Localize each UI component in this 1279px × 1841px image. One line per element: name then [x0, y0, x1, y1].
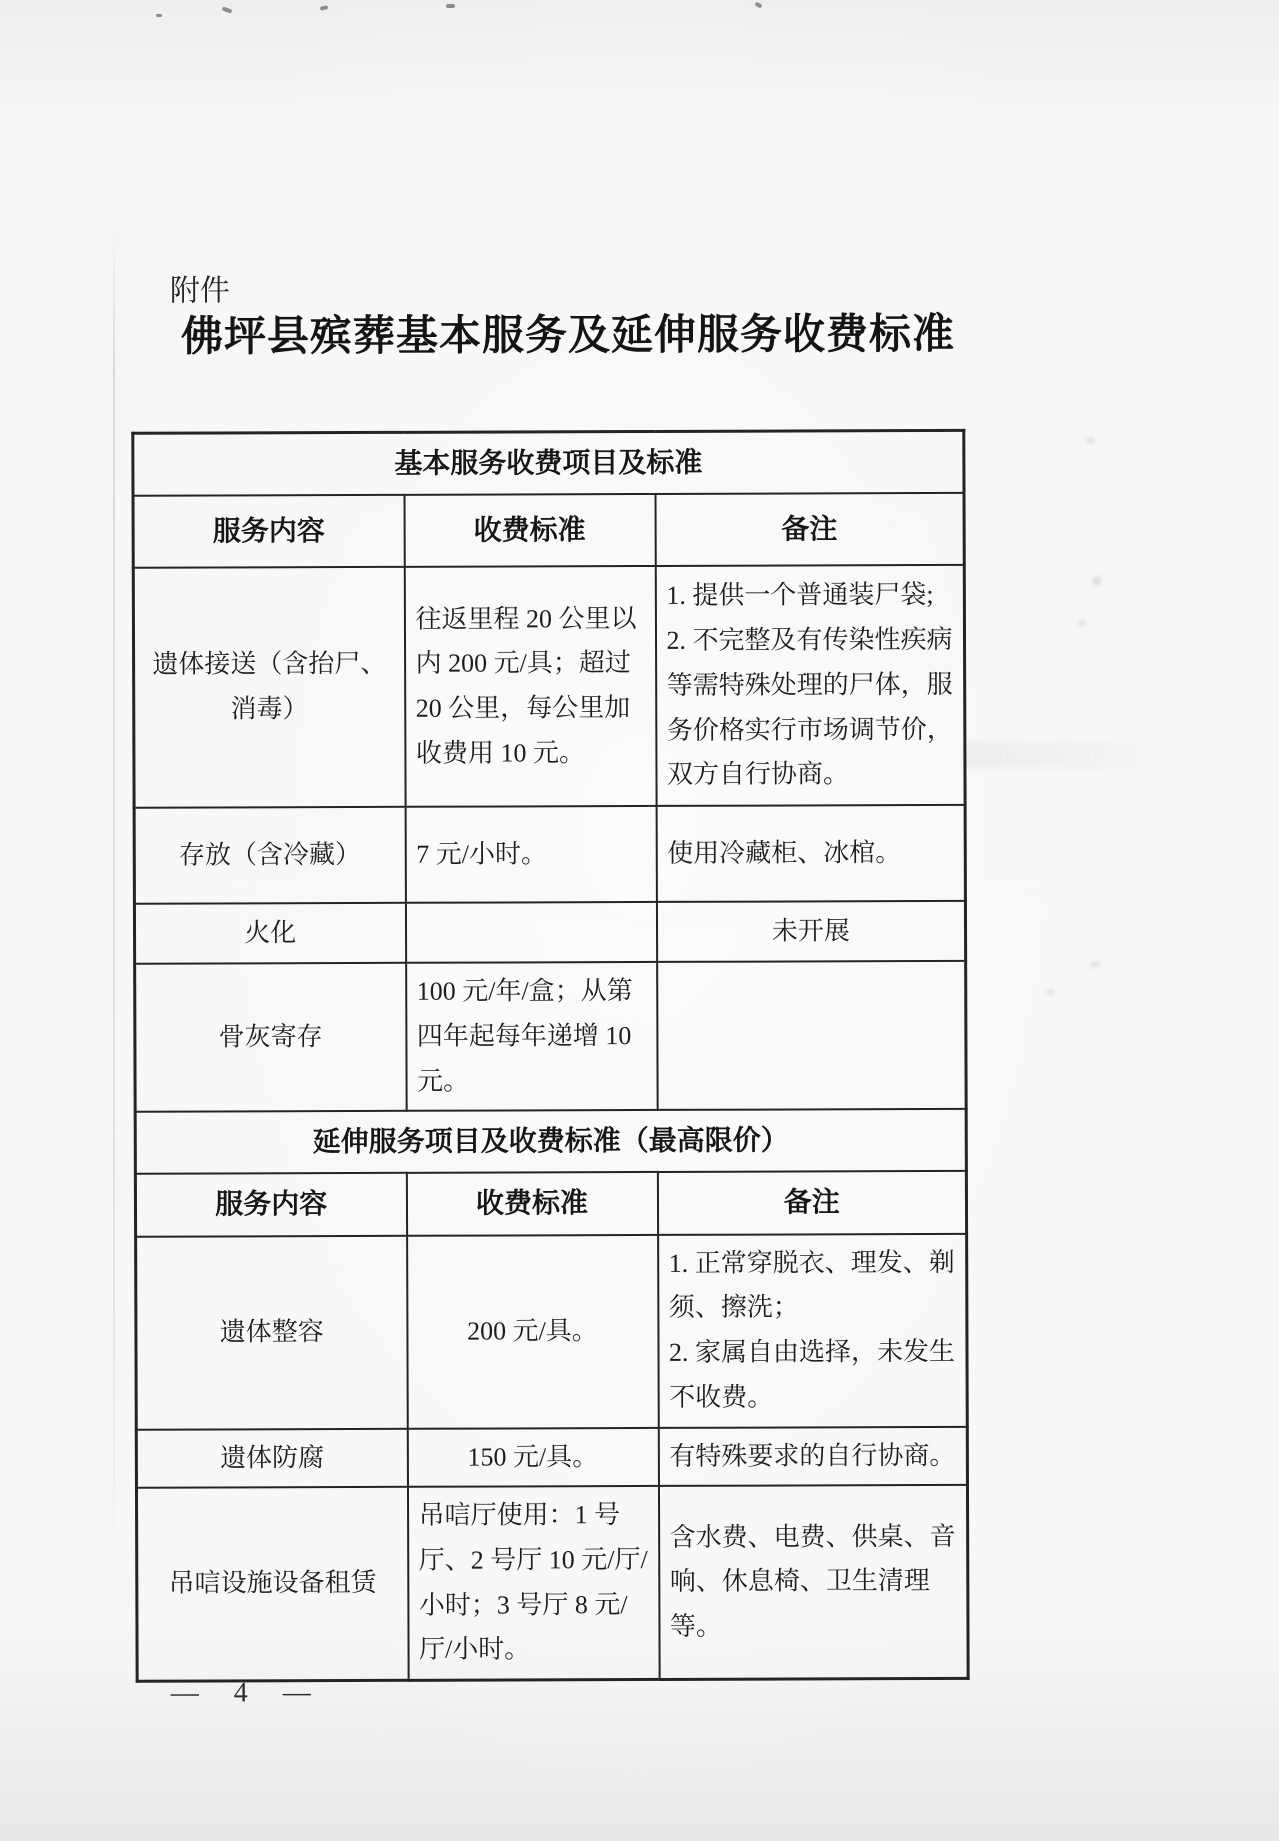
- service-cell: 遗体防腐: [136, 1428, 407, 1488]
- remark-cell: 1. 提供一个普通装尸袋; 2. 不完整及有传染性疾病等需特殊处理的尸体，服务价…: [655, 565, 965, 806]
- service-cell: 遗体整容: [136, 1235, 408, 1429]
- section1-title: 基本服务收费项目及标准: [133, 430, 964, 496]
- section2-title: 延伸服务项目及收费标准（最高限价）: [135, 1109, 966, 1174]
- column-header-fee: 收费标准: [406, 1172, 657, 1235]
- column-header-fee: 收费标准: [404, 494, 655, 567]
- table-row: 存放（含冷藏） 7 元/小时。 使用冷藏柜、冰棺。: [134, 805, 965, 904]
- page-title: 佛坪县殡葬基本服务及延伸服务收费标准: [181, 300, 1101, 363]
- fee-cell: 7 元/小时。: [405, 806, 656, 903]
- page-number: — 4 —: [171, 1677, 325, 1710]
- service-cell: 骨灰寄存: [135, 963, 407, 1112]
- section2-column-header-row: 服务内容 收费标准 备注: [135, 1171, 966, 1236]
- document-content: 附件 佛坪县殡葬基本服务及延伸服务收费标准 基本服务收费项目及标准 服务内容 收…: [0, 0, 1279, 1841]
- remark-cell: 未开展: [656, 901, 965, 962]
- table-row: 骨灰寄存 100 元/年/盒；从第四年起每年递增 10 元。: [135, 961, 967, 1112]
- remark-line-1: 1. 正常穿脱衣、理发、剃须、擦洗；: [669, 1241, 956, 1331]
- service-cell: 存放（含冷藏）: [134, 807, 405, 904]
- fee-cell: 100 元/年/盒；从第四年起每年递增 10 元。: [406, 962, 658, 1111]
- fee-cell: 往返里程 20 公里以内 200 元/具；超过 20 公里，每公里加收费用 10…: [404, 566, 656, 807]
- fee-standards-table: 基本服务收费项目及标准 服务内容 收费标准 备注 遗体接送（含抬尸、消毒） 往返…: [131, 429, 969, 1683]
- service-cell: 火化: [134, 903, 405, 964]
- column-header-service: 服务内容: [135, 1173, 406, 1236]
- remark-cell: 1. 正常穿脱衣、理发、剃须、擦洗； 2. 家属自由选择，未发生不收费。: [658, 1233, 968, 1427]
- section2-header-row: 延伸服务项目及收费标准（最高限价）: [135, 1109, 966, 1174]
- table-row: 吊唁设施设备租赁 吊唁厅使用：1 号厅、2 号厅 10 元/厅/小时；3 号厅 …: [136, 1485, 968, 1681]
- table-row: 遗体接送（含抬尸、消毒） 往返里程 20 公里以内 200 元/具；超过 20 …: [133, 565, 965, 808]
- remark-cell: [657, 961, 967, 1110]
- column-header-remark: 备注: [657, 1171, 966, 1234]
- section1-column-header-row: 服务内容 收费标准 备注: [133, 493, 964, 568]
- table-row: 遗体防腐 150 元/具。 有特殊要求的自行协商。: [136, 1426, 967, 1488]
- fee-cell: 150 元/具。: [407, 1427, 658, 1487]
- table-row: 遗体整容 200 元/具。 1. 正常穿脱衣、理发、剃须、擦洗； 2. 家属自由…: [136, 1233, 968, 1429]
- service-cell: 吊唁设施设备租赁: [136, 1487, 408, 1681]
- scanned-page: 附件 佛坪县殡葬基本服务及延伸服务收费标准 基本服务收费项目及标准 服务内容 收…: [0, 0, 1279, 1841]
- remark-cell: 使用冷藏柜、冰棺。: [656, 805, 965, 902]
- column-header-service: 服务内容: [133, 495, 404, 568]
- table-row: 火化 未开展: [134, 901, 965, 964]
- remark-cell: 有特殊要求的自行协商。: [658, 1426, 967, 1486]
- column-header-remark: 备注: [655, 493, 964, 566]
- service-cell: 遗体接送（含抬尸、消毒）: [133, 567, 405, 808]
- remark-line-2: 2. 家属自由选择，未发生不收费。: [669, 1330, 956, 1420]
- fee-cell: [405, 902, 656, 963]
- fee-cell: 200 元/具。: [407, 1235, 659, 1429]
- remark-cell: 含水费、电费、供桌、音响、休息椅、卫生清理等。: [658, 1485, 968, 1679]
- fee-cell: 吊唁厅使用：1 号厅、2 号厅 10 元/厅/小时；3 号厅 8 元/厅/小时。: [407, 1486, 659, 1680]
- section1-header-row: 基本服务收费项目及标准: [133, 430, 964, 496]
